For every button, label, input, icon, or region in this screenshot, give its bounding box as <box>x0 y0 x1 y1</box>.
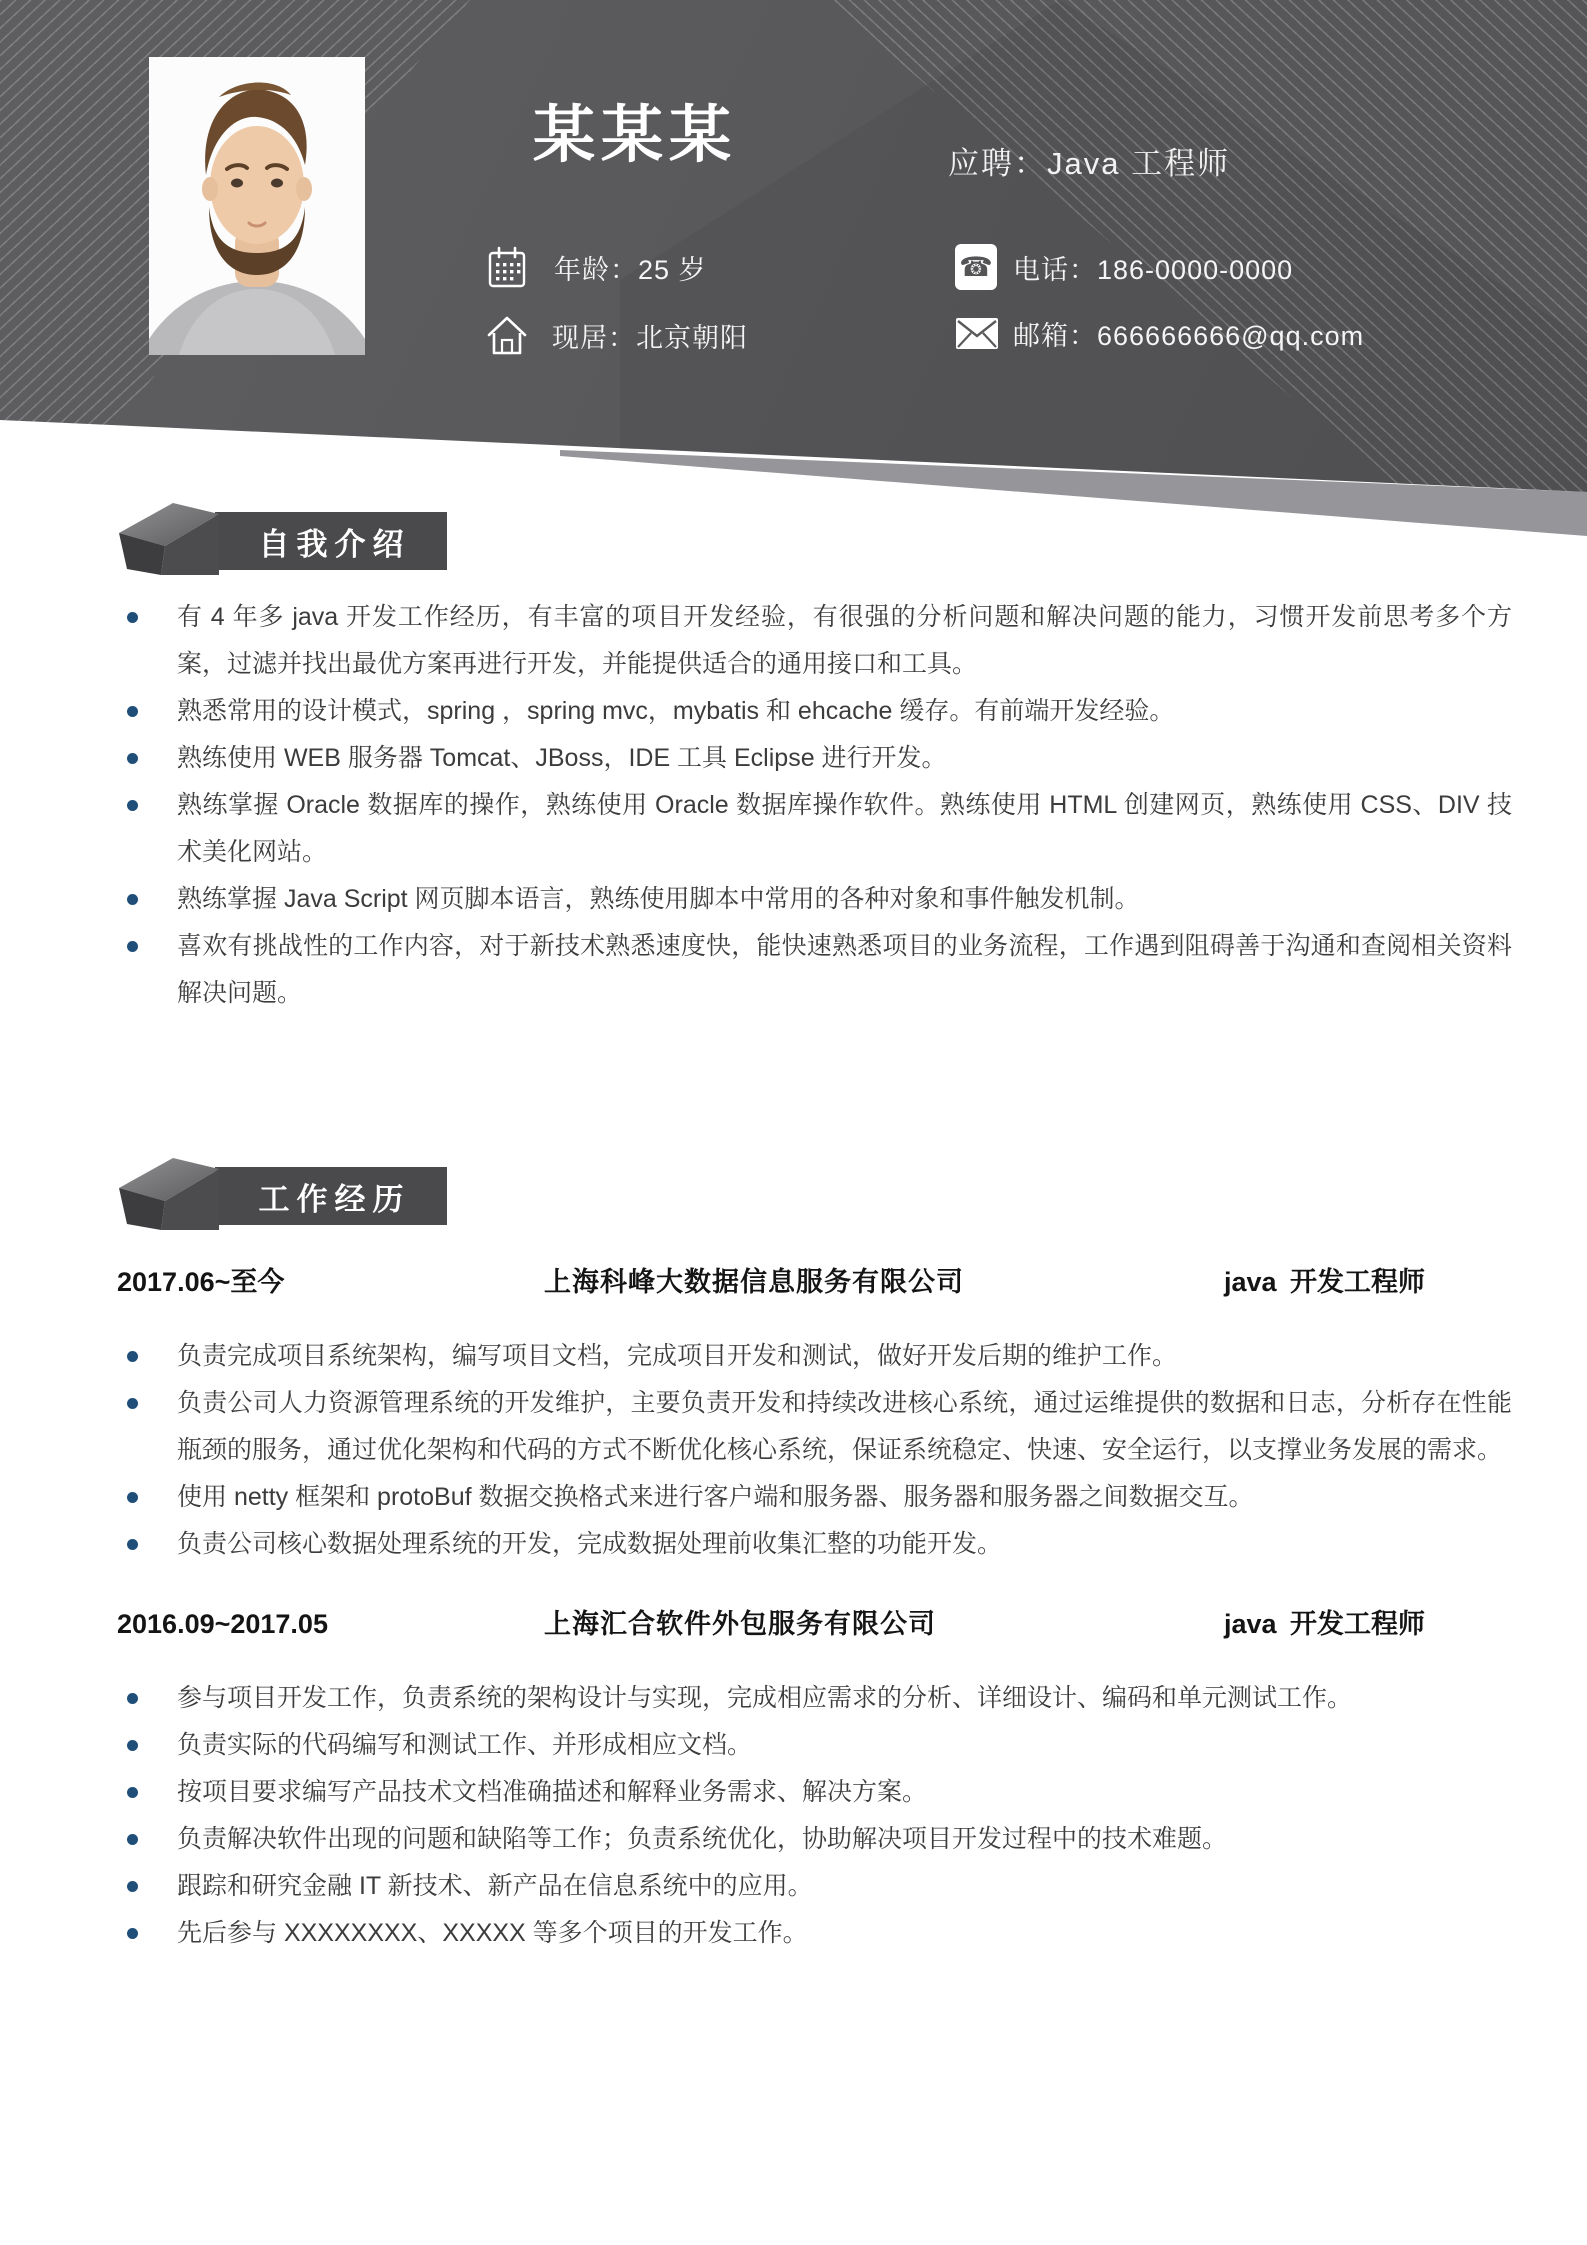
section-title-bar: 工作经历 <box>215 1167 447 1225</box>
phone-text: 电话：186-0000-0000 <box>1013 248 1293 287</box>
bullet-text: 负责公司人力资源管理系统的开发维护，主要负责开发和持续改进核心系统，通过运维提供… <box>177 1389 1512 1464</box>
age-text: 年龄：25 岁 <box>554 248 707 287</box>
contact-item-residence: 现居：北京朝阳 <box>486 314 748 356</box>
bullet-dot <box>127 1398 138 1409</box>
section-title-bar: 自我介绍 <box>215 512 447 570</box>
bullet-dot <box>127 1740 138 1751</box>
list-item: 熟悉常用的设计模式，spring ，spring mvc，mybatis 和 e… <box>117 688 1512 735</box>
bullet-text: 有 4 年多 java 开发工作经历，有丰富的项目开发经验，有很强的分析问题和解… <box>177 603 1512 678</box>
job-entry: 2016.09~2017.05 上海汇合软件外包服务有限公司 java 开发工程… <box>117 1601 1512 1957</box>
list-item: 负责解决软件出现的问题和缺陷等工作；负责系统优化，协助解决项目开发过程中的技术难… <box>117 1816 1512 1863</box>
resume-page: { "header": { "name": "某某某", "applying_l… <box>0 0 1587 2245</box>
cube-icon <box>115 497 220 577</box>
bullet-dot <box>127 753 138 764</box>
email-text: 邮箱：666666666@qq.com <box>1013 314 1364 353</box>
phone-icon: ☎ <box>955 244 1013 290</box>
list-item: 熟练使用 WEB 服务器 Tomcat、JBoss，IDE 工具 Eclipse… <box>117 735 1512 782</box>
bullet-text: 参与项目开发工作，负责系统的架构设计与实现，完成相应需求的分析、详细设计、编码和… <box>177 1684 1352 1712</box>
job-entry: 2017.06~至今 上海科峰大数据信息服务有限公司 java 开发工程师 负责… <box>117 1259 1512 1568</box>
job-period: 2016.09~2017.05 <box>117 1601 328 1648</box>
list-item: 使用 netty 框架和 protoBuf 数据交换格式来进行客户端和服务器、服… <box>117 1474 1512 1521</box>
section-header-intro: 自我介绍 <box>115 497 455 579</box>
list-item: 熟练掌握 Oracle 数据库的操作，熟练使用 Oracle 数据库操作软件。熟… <box>117 782 1512 876</box>
job-bullet-list: 参与项目开发工作，负责系统的架构设计与实现，完成相应需求的分析、详细设计、编码和… <box>117 1675 1512 1957</box>
bullet-text: 使用 netty 框架和 protoBuf 数据交换格式来进行客户端和服务器、服… <box>177 1483 1254 1511</box>
job-period: 2017.06~至今 <box>117 1259 284 1306</box>
section-header-experience: 工作经历 <box>115 1152 455 1234</box>
jobs-list: 2017.06~至今 上海科峰大数据信息服务有限公司 java 开发工程师 负责… <box>117 1259 1512 1957</box>
job-bullet-list: 负责完成项目系统架构，编写项目文档，完成项目开发和测试，做好开发后期的维护工作。… <box>117 1333 1512 1568</box>
contact-item-email: 邮箱：666666666@qq.com <box>955 314 1364 353</box>
job-header-row: 2017.06~至今 上海科峰大数据信息服务有限公司 java 开发工程师 <box>117 1259 1512 1306</box>
profile-photo <box>149 57 365 355</box>
list-item: 先后参与 XXXXXXXX、XXXXX 等多个项目的开发工作。 <box>117 1910 1512 1957</box>
intro-bullet-list: 有 4 年多 java 开发工作经历，有丰富的项目开发经验，有很强的分析问题和解… <box>117 594 1512 1017</box>
bullet-text: 负责解决软件出现的问题和缺陷等工作；负责系统优化，协助解决项目开发过程中的技术难… <box>177 1825 1227 1853</box>
bullet-text: 熟练使用 WEB 服务器 Tomcat、JBoss，IDE 工具 Eclipse… <box>177 744 947 772</box>
contact-item-age: 年龄：25 岁 <box>488 246 707 288</box>
candidate-name: 某某某 <box>533 100 737 172</box>
bullet-text: 先后参与 XXXXXXXX、XXXXX 等多个项目的开发工作。 <box>177 1919 808 1947</box>
bullet-text: 负责完成项目系统架构，编写项目文档，完成项目开发和测试，做好开发后期的维护工作。 <box>177 1342 1177 1370</box>
bullet-text: 负责实际的代码编写和测试工作、并形成相应文档。 <box>177 1731 752 1759</box>
calendar-icon <box>488 246 554 288</box>
bullet-text: 负责公司核心数据处理系统的开发，完成数据处理前收集汇整的功能开发。 <box>177 1530 1002 1558</box>
list-item: 负责公司人力资源管理系统的开发维护，主要负责开发和持续改进核心系统，通过运维提供… <box>117 1380 1512 1474</box>
bullet-dot <box>127 1539 138 1550</box>
cube-icon <box>115 1152 220 1232</box>
job-role: java 开发工程师 <box>1224 1259 1425 1306</box>
bullet-dot <box>127 612 138 623</box>
section-title: 自我介绍 <box>252 519 411 564</box>
bullet-text: 熟悉常用的设计模式，spring ，spring mvc，mybatis 和 e… <box>177 697 1174 725</box>
bullet-dot <box>127 1928 138 1939</box>
list-item: 负责公司核心数据处理系统的开发，完成数据处理前收集汇整的功能开发。 <box>117 1521 1512 1568</box>
list-item: 按项目要求编写产品技术文档准确描述和解释业务需求、解决方案。 <box>117 1769 1512 1816</box>
job-header-row: 2016.09~2017.05 上海汇合软件外包服务有限公司 java 开发工程… <box>117 1601 1512 1648</box>
bullet-text: 喜欢有挑战性的工作内容，对于新技术熟悉速度快，能快速熟悉项目的业务流程，工作遇到… <box>177 932 1512 1007</box>
applying-position: 应聘：Java 工程师 <box>948 138 1230 183</box>
bullet-text: 按项目要求编写产品技术文档准确描述和解释业务需求、解决方案。 <box>177 1778 927 1806</box>
list-item: 参与项目开发工作，负责系统的架构设计与实现，完成相应需求的分析、详细设计、编码和… <box>117 1675 1512 1722</box>
job-role: java 开发工程师 <box>1224 1601 1425 1648</box>
bullet-text: 熟练掌握 Java Script 网页脚本语言，熟练使用脚本中常用的各种对象和事… <box>177 885 1140 913</box>
bullet-dot <box>127 1693 138 1704</box>
home-icon <box>486 314 552 356</box>
list-item: 有 4 年多 java 开发工作经历，有丰富的项目开发经验，有很强的分析问题和解… <box>117 594 1512 688</box>
bullet-dot <box>127 894 138 905</box>
header-banner: 某某某 应聘：Java 工程师 年龄：25 岁 现居 <box>0 0 1587 545</box>
list-item: 熟练掌握 Java Script 网页脚本语言，熟练使用脚本中常用的各种对象和事… <box>117 876 1512 923</box>
bullet-dot <box>127 1492 138 1503</box>
residence-text: 现居：北京朝阳 <box>552 316 748 355</box>
bullet-dot <box>127 1351 138 1362</box>
bullet-dot <box>127 706 138 717</box>
job-company: 上海汇合软件外包服务有限公司 <box>544 1601 936 1648</box>
bullet-dot <box>127 941 138 952</box>
bullet-text: 跟踪和研究金融 IT 新技术、新产品在信息系统中的应用。 <box>177 1872 813 1900</box>
bullet-dot <box>127 1834 138 1845</box>
section-title: 工作经历 <box>252 1174 411 1219</box>
avatar-illustration <box>149 57 365 355</box>
bullet-dot <box>127 1787 138 1798</box>
list-item: 负责完成项目系统架构，编写项目文档，完成项目开发和测试，做好开发后期的维护工作。 <box>117 1333 1512 1380</box>
list-item: 跟踪和研究金融 IT 新技术、新产品在信息系统中的应用。 <box>117 1863 1512 1910</box>
list-item: 负责实际的代码编写和测试工作、并形成相应文档。 <box>117 1722 1512 1769</box>
mail-icon <box>955 317 1013 350</box>
bullet-dot <box>127 800 138 811</box>
bullet-dot <box>127 1881 138 1892</box>
bullet-text: 熟练掌握 Oracle 数据库的操作，熟练使用 Oracle 数据库操作软件。熟… <box>177 791 1512 866</box>
contact-item-phone: ☎ 电话：186-0000-0000 <box>955 244 1293 290</box>
list-item: 喜欢有挑战性的工作内容，对于新技术熟悉速度快，能快速熟悉项目的业务流程，工作遇到… <box>117 923 1512 1017</box>
job-company: 上海科峰大数据信息服务有限公司 <box>544 1259 964 1306</box>
